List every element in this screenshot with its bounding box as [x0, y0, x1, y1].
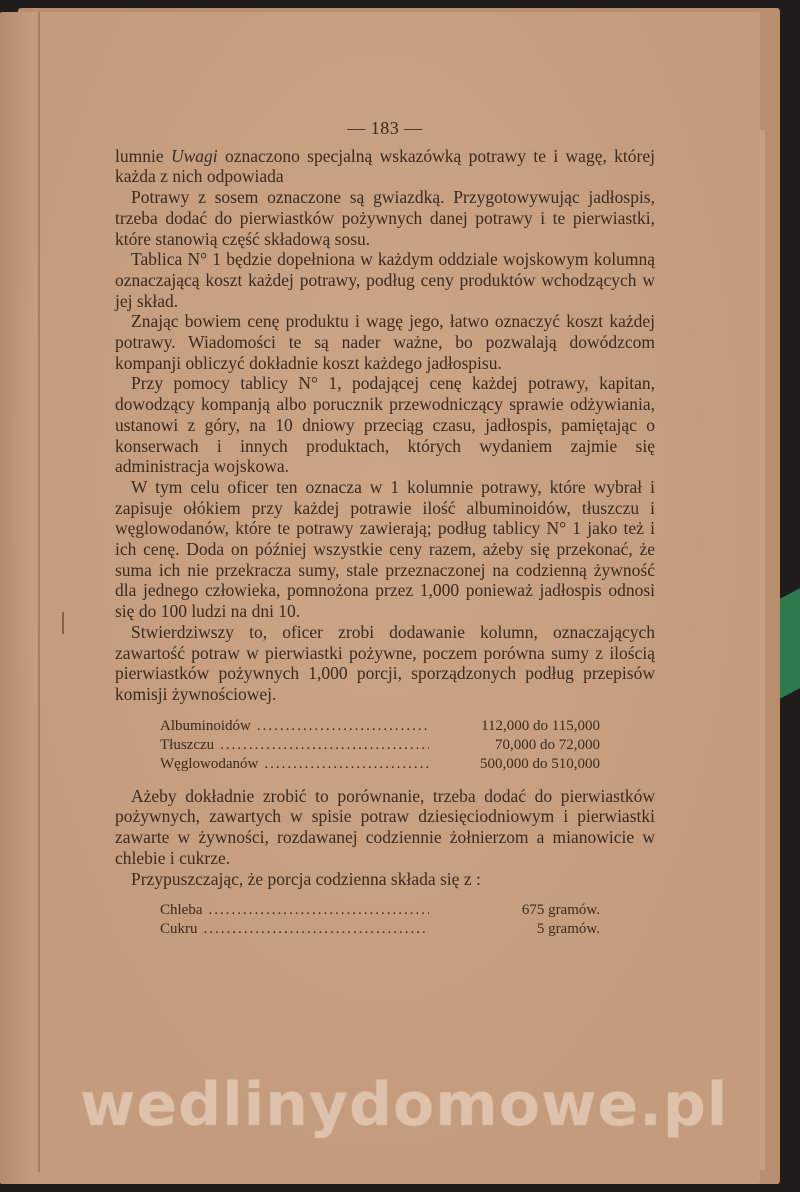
table-value: 675 gramów. [435, 901, 600, 920]
paragraph-6: W tym celu oficer ten oznacza w 1 kolumn… [115, 477, 655, 622]
paragraph-8: Ażeby dokładnie zrobić to porównanie, tr… [115, 786, 655, 869]
table-value: 5 gramów. [435, 920, 600, 939]
table-value: 70,000 do 72,000 [435, 736, 600, 755]
table-label: Węglowodanów [160, 755, 258, 774]
paragraph-5: Przy pomocy tablicy N° 1, podającej cenę… [115, 373, 655, 477]
paragraph-3: Tablica N° 1 będzie dopełniona w każdym … [115, 249, 655, 311]
dot-leader [204, 920, 430, 939]
watermark-text: wedlinydomowe.pl [80, 1070, 720, 1140]
dot-leader [264, 755, 429, 774]
page-number: — 183 — [115, 118, 655, 139]
ration-table: Chleba 675 gramów. Cukru 5 gramów. [160, 901, 600, 939]
paragraph-7: Stwierdziwszy to, oficer zrobi dodawanie… [115, 622, 655, 705]
table-row: Węglowodanów 500,000 do 510,000 [160, 755, 600, 774]
binding-gutter-line [38, 12, 40, 1172]
table-label: Chleba [160, 901, 203, 920]
table-value: 112,000 do 115,000 [435, 717, 600, 736]
paragraph-4: Znając bowiem cenę produktu i wagę jego,… [115, 311, 655, 373]
table-row: Chleba 675 gramów. [160, 901, 600, 920]
table-label: Cukru [160, 920, 198, 939]
paragraph-9: Przypuszczając, że porcja codzienna skła… [115, 869, 655, 890]
table-row: Cukru 5 gramów. [160, 920, 600, 939]
paragraph-2: Potrawy z sosem oznaczone są gwiazdką. P… [115, 187, 655, 249]
table-label: Tłuszczu [160, 736, 214, 755]
page-text-block: — 183 — lumnie Uwagi oznaczono specjalną… [115, 118, 655, 951]
table-row: Albuminoidów 112,000 do 115,000 [160, 717, 600, 736]
paragraph-1-text-start: lumnie [115, 146, 171, 166]
table-label: Albuminoidów [160, 717, 251, 736]
dot-leader [257, 717, 429, 736]
table-value: 500,000 do 510,000 [435, 755, 600, 774]
nutrients-table: Albuminoidów 112,000 do 115,000 Tłuszczu… [160, 717, 600, 774]
dot-leader [209, 901, 430, 920]
margin-pencil-mark [62, 612, 64, 634]
table-row: Tłuszczu 70,000 do 72,000 [160, 736, 600, 755]
paragraph-1: lumnie Uwagi oznaczono specjalną wskazów… [115, 146, 655, 187]
paragraph-1-italic-term: Uwagi [171, 146, 218, 166]
dot-leader [220, 736, 429, 755]
